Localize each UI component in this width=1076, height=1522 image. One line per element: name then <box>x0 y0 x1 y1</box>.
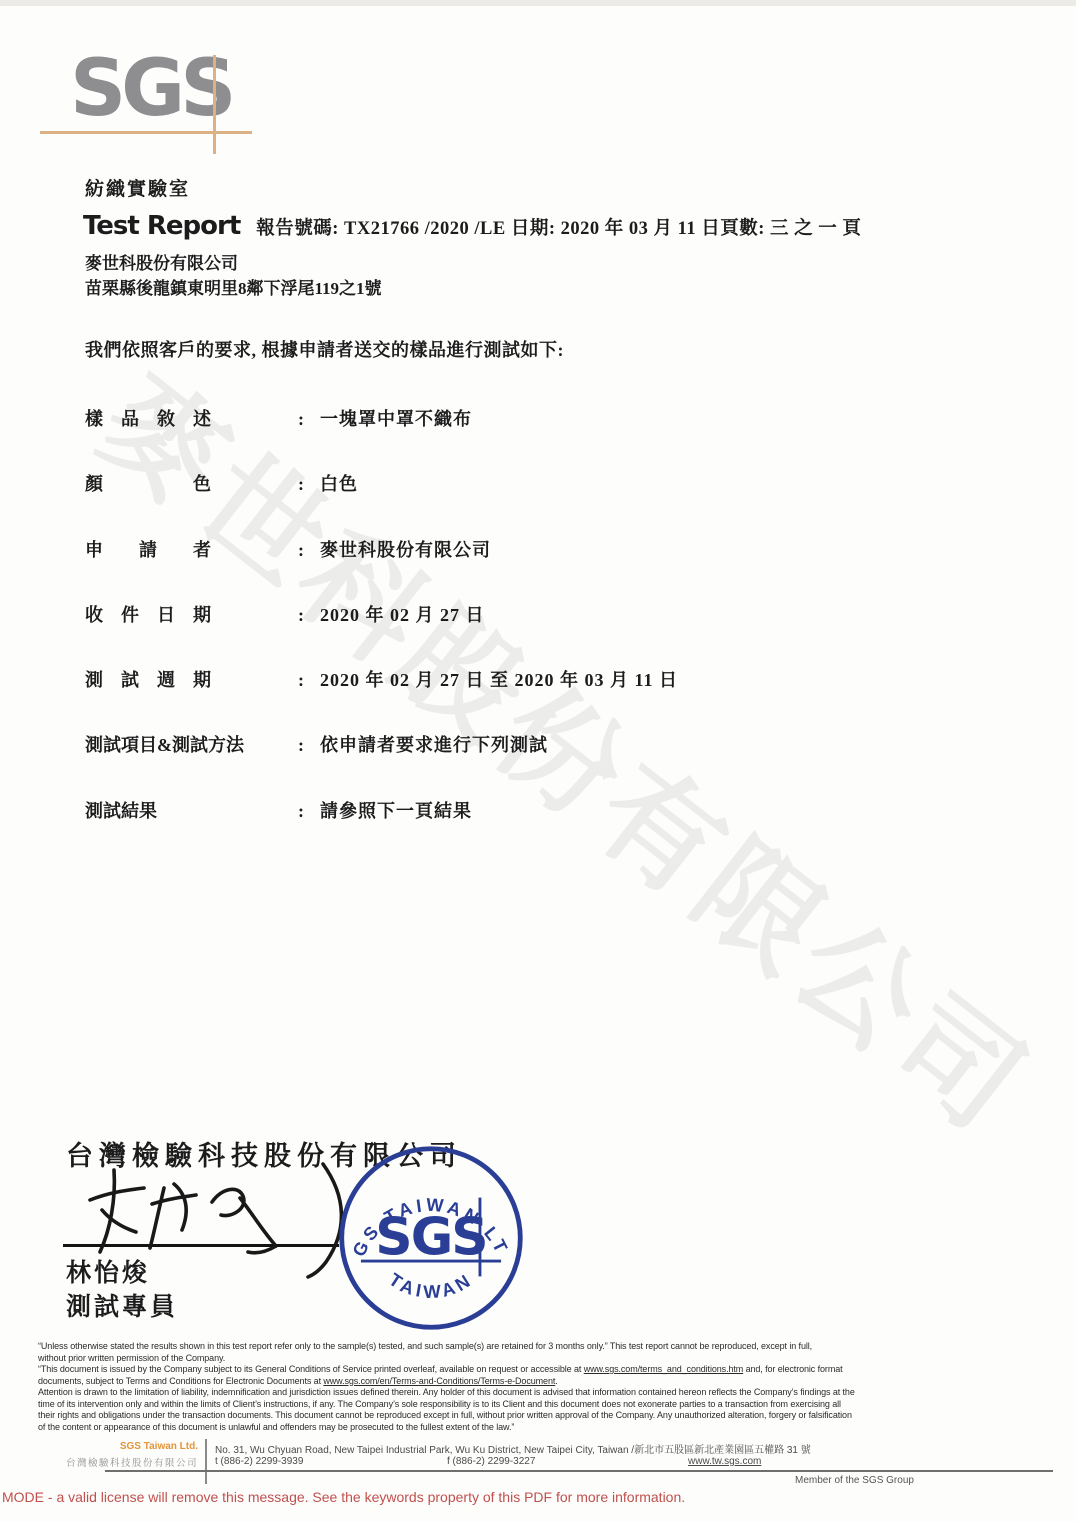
terms-e-document-link[interactable]: www.sgs.com/en/Terms-and-Conditions/Term… <box>323 1376 555 1386</box>
field-colon: : <box>298 801 320 822</box>
applicant-name: 麥世科股份有限公司 <box>85 249 238 274</box>
footer-phone: t (886-2) 2299-3939 <box>215 1456 303 1467</box>
field-value: 2020 年 02 月 27 日 <box>320 605 485 625</box>
field-row-sample-description: 樣 品 敘 述:一塊罩中罩不織布 <box>85 405 472 431</box>
disclaimer-line-4: documents, subject to Terms and Conditio… <box>38 1376 1048 1388</box>
report-meta: 報告號碼: TX21766 /2020 /LE 日期: 2020 年 03 月 … <box>256 214 861 240</box>
field-row-applicant: 申 請 者:麥世科股份有限公司 <box>85 536 491 562</box>
field-row-test-method: 測試項目&測試方法:依申請者要求進行下列測試 <box>85 731 548 757</box>
disclaimer-text: . <box>555 1376 557 1386</box>
footer-member-text: Member of the SGS Group <box>795 1475 914 1486</box>
disclaimer-block: “Unless otherwise stated the results sho… <box>38 1341 1048 1433</box>
footer-company-block: SGS Taiwan Ltd. 台灣檢驗科技股份有限公司 <box>30 1441 198 1469</box>
field-value: 2020 年 02 月 27 日 至 2020 年 03 月 11 日 <box>320 670 678 690</box>
field-colon: : <box>298 540 320 561</box>
footer-company-zh: 台灣檢驗科技股份有限公司 <box>30 1455 198 1469</box>
disclaimer-text: and, for electronic format <box>743 1364 842 1374</box>
footer-address: No. 31, Wu Chyuan Road, New Taipei Indus… <box>215 1441 811 1456</box>
field-value: 一塊罩中罩不織布 <box>320 409 472 429</box>
field-label: 顏 色 <box>85 470 298 496</box>
signer-title: 測試專員 <box>66 1287 178 1323</box>
lab-name: 紡織實驗室 <box>85 174 190 201</box>
stamp-center-sgs: SGS <box>375 1207 486 1267</box>
sgs-taiwan-stamp: SGS TAIWAN LTD TAIWAN SGS <box>335 1142 527 1334</box>
sgs-logo: SGS <box>70 50 231 128</box>
field-colon: : <box>298 670 320 691</box>
report-title-row: Test Report 報告號碼: TX21766 /2020 /LE 日期: … <box>83 211 861 241</box>
disclaimer-line-1: “Unless otherwise stated the results sho… <box>38 1341 1048 1353</box>
disclaimer-line-6: time of its intervention only and within… <box>38 1399 1048 1411</box>
field-label: 測 試 週 期 <box>85 666 298 692</box>
demo-mode-notice: MODE - a valid license will remove this … <box>2 1489 685 1505</box>
footer-horizontal-rule <box>105 1470 1053 1472</box>
field-label: 樣 品 敘 述 <box>85 405 298 431</box>
disclaimer-text: “This document is issued by the Company … <box>38 1364 584 1374</box>
intro-text: 我們依照客戶的要求, 根據申請者送交的樣品進行測試如下: <box>85 336 564 362</box>
applicant-address: 苗栗縣後龍鎮東明里8鄰下浮尾119之1號 <box>85 274 382 299</box>
test-report-page: 麥世科股份有限公司 SGS 紡織實驗室 Test Report 報告號碼: TX… <box>0 0 1076 1522</box>
disclaimer-line-3: “This document is issued by the Company … <box>38 1364 1048 1376</box>
footer-divider-line <box>205 1439 207 1484</box>
disclaimer-line-7: their rights and obligations under the t… <box>38 1410 1048 1422</box>
footer-company-en: SGS Taiwan Ltd. <box>30 1441 198 1452</box>
field-label: 測試項目&測試方法 <box>85 731 298 757</box>
footer-fax: f (886-2) 2299-3227 <box>447 1456 535 1467</box>
field-colon: : <box>298 605 320 626</box>
field-colon: : <box>298 409 320 430</box>
disclaimer-line-8: of the content or appearance of this doc… <box>38 1422 1048 1434</box>
field-row-testing-period: 測 試 週 期:2020 年 02 月 27 日 至 2020 年 03 月 1… <box>85 666 678 692</box>
page-content: SGS 紡織實驗室 Test Report 報告號碼: TX21766 /202… <box>0 0 1076 1522</box>
field-label: 測試結果 <box>85 797 298 823</box>
footer-website-link[interactable]: www.tw.sgs.com <box>688 1456 761 1467</box>
field-row-color: 顏 色:白色 <box>85 470 358 496</box>
field-value: 白色 <box>320 474 358 494</box>
terms-conditions-link[interactable]: www.sgs.com/terms_and_conditions.htm <box>584 1364 743 1374</box>
logo-accent-vertical-line <box>213 55 216 154</box>
field-value: 請參照下一頁結果 <box>320 801 472 821</box>
disclaimer-text: documents, subject to Terms and Conditio… <box>38 1376 323 1386</box>
field-value: 麥世科股份有限公司 <box>320 540 491 560</box>
field-value: 依申請者要求進行下列測試 <box>320 735 548 755</box>
stamp-arc-bottom-label: TAIWAN <box>385 1268 476 1302</box>
field-label: 申 請 者 <box>85 536 298 562</box>
disclaimer-line-2: without prior written permission of the … <box>38 1353 1048 1365</box>
field-colon: : <box>298 474 320 495</box>
disclaimer-line-5: Attention is drawn to the limitation of … <box>38 1387 1048 1399</box>
field-label: 收 件 日 期 <box>85 601 298 627</box>
logo-accent-horizontal-line <box>40 131 252 134</box>
report-title: Test Report <box>83 211 240 241</box>
field-colon: : <box>298 735 320 756</box>
field-row-test-result: 測試結果:請參照下一頁結果 <box>85 797 472 823</box>
field-row-received-date: 收 件 日 期:2020 年 02 月 27 日 <box>85 601 485 627</box>
